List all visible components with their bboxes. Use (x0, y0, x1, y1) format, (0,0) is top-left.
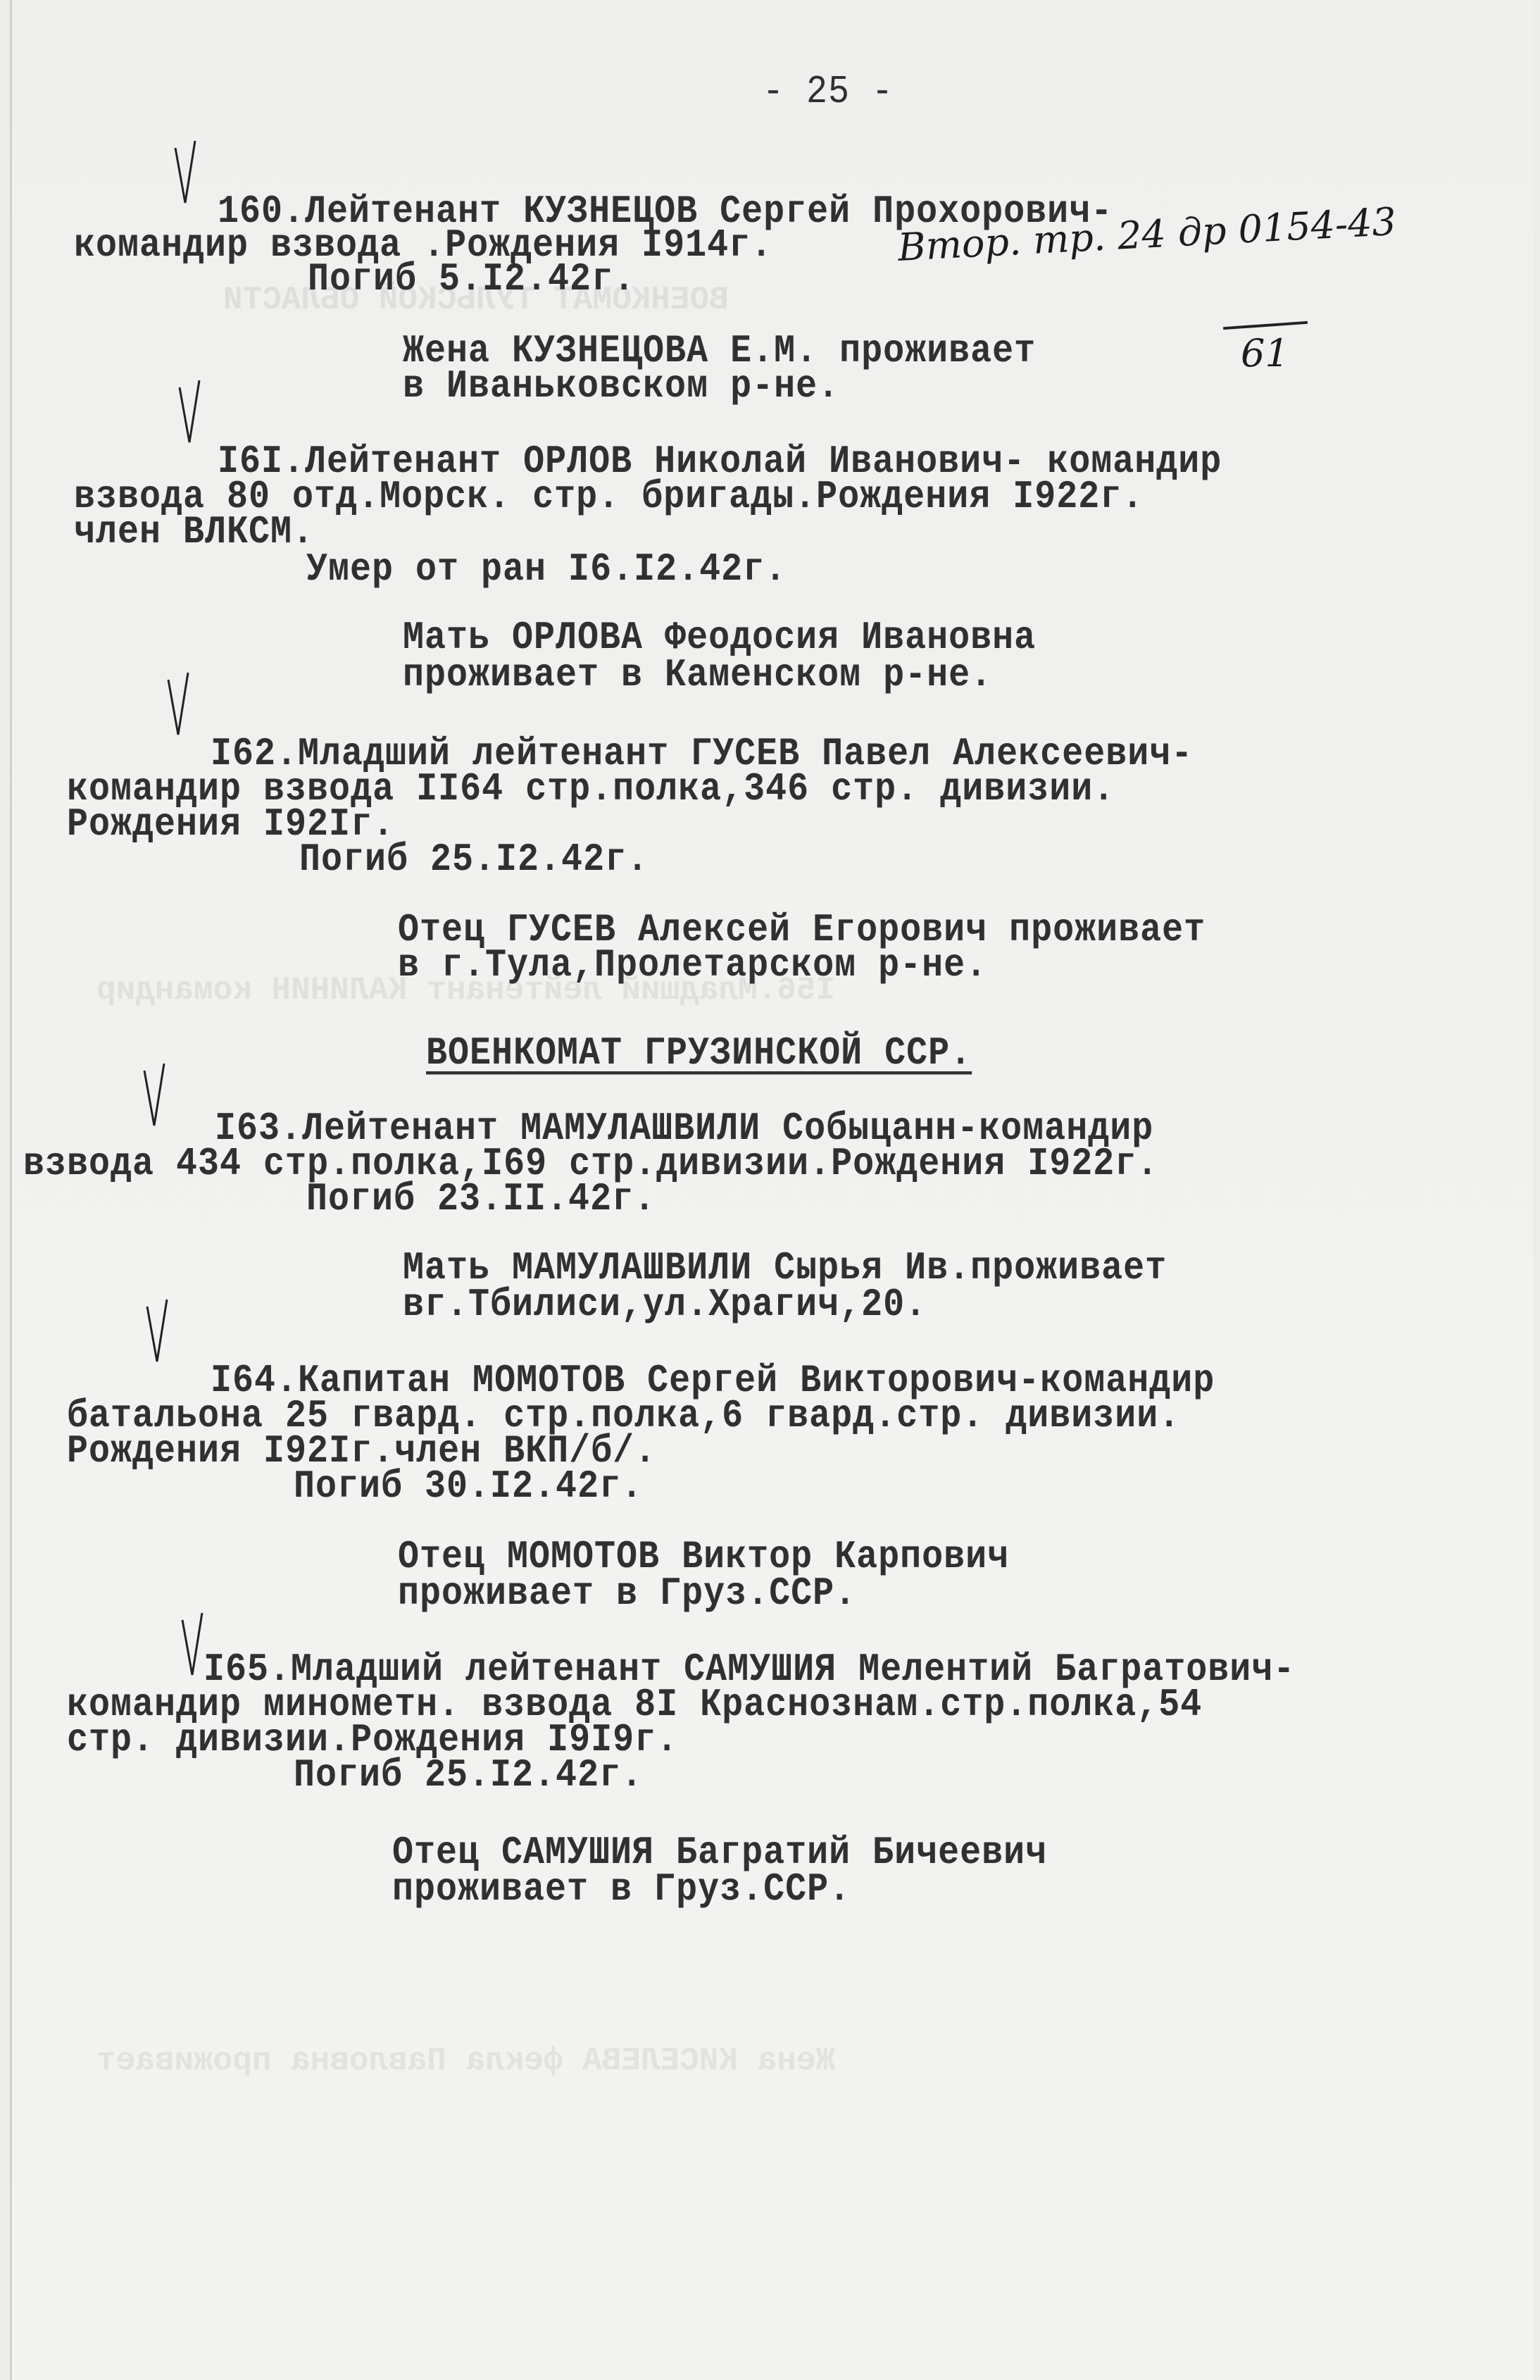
entry-160-death: Погиб 5.I2.42г. (308, 258, 635, 302)
entry-162-death: Погиб 25.I2.42г. (299, 838, 649, 883)
entry-165-death: Погиб 25.I2.42г. (294, 1754, 643, 1798)
handwritten-denominator: 61 (1241, 331, 1289, 375)
entry-163-death: Погиб 23.II.42г. (306, 1178, 656, 1222)
fraction-bar (1223, 321, 1308, 330)
checkmark-icon (143, 1064, 171, 1127)
checkmark-icon (174, 141, 202, 204)
checkmark-icon (167, 673, 195, 736)
entry-162-relative-2: в г.Тула,Пролетарском р-не. (398, 944, 987, 988)
entry-161-relative-2: проживает в Каменском р-не. (403, 654, 992, 698)
checkmark-icon (178, 380, 206, 444)
bleed-through-text: Жена КИСЕЛЕВА фекла Павловна проживает (96, 2043, 835, 2079)
entry-161-line-3: член ВЛКСМ. (74, 511, 314, 555)
entry-160-relative-2: в Иваньковском р-не. (403, 365, 839, 409)
checkmark-icon (146, 1300, 174, 1363)
entry-165-relative-2: проживает в Груз.ССР. (392, 1868, 851, 1912)
entry-161-death: Умер от ран I6.I2.42г. (306, 548, 787, 592)
page-number: - 25 - (763, 70, 894, 115)
entry-163-relative-2: вг.Тбилиси,ул.Храгич,20. (403, 1283, 927, 1328)
section-heading: ВОЕНКОМАТ ГРУЗИНСКОЙ ССР. (426, 1032, 972, 1076)
entry-164-relative-2: проживает в Груз.ССР. (398, 1572, 856, 1616)
entry-164-death: Погиб 30.I2.42г. (294, 1465, 643, 1509)
document-page: ВОЕНКОМАТ ТУЛЬСКОЙ ОБЛАСТИ I56.Младший л… (10, 0, 1533, 2380)
